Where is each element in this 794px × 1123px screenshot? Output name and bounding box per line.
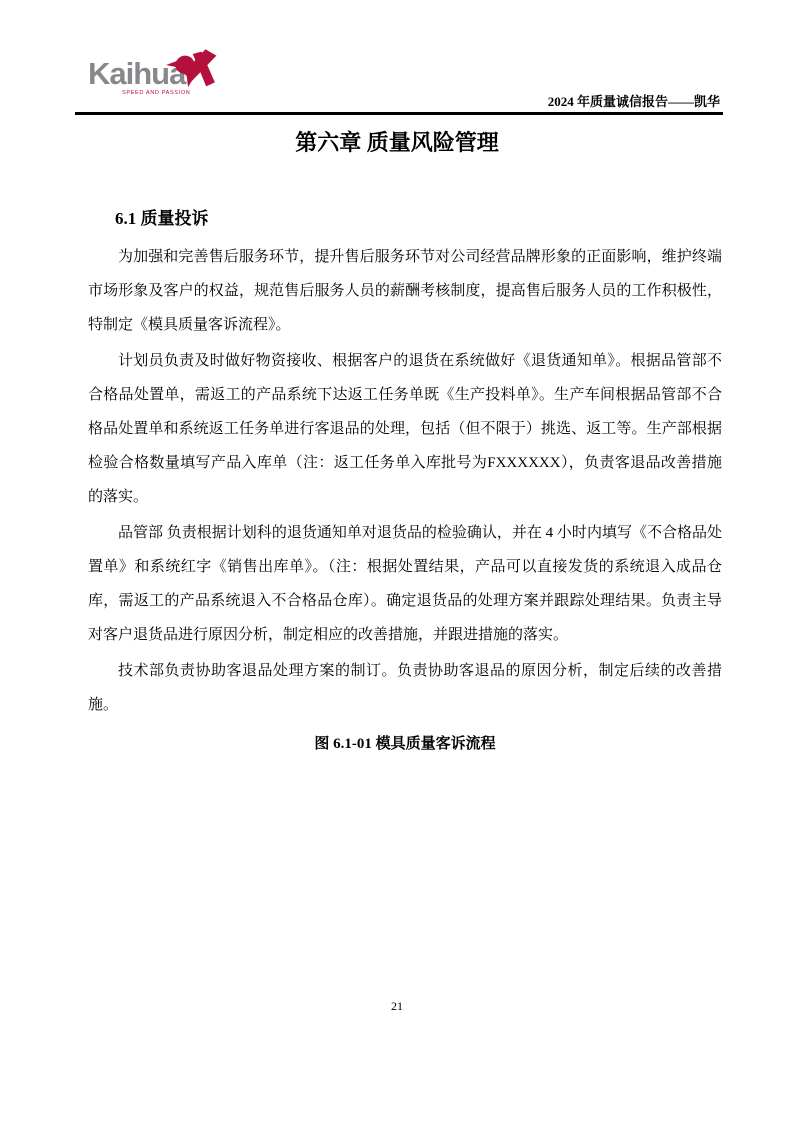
kaihua-logo: Kaihua SPEED AND PASSION — [88, 56, 218, 112]
figure-caption: 图 6.1-01 模具质量客诉流程 — [88, 727, 722, 761]
header-rule-divider — [75, 112, 723, 115]
kaihua-hummingbird-icon — [166, 46, 218, 92]
chapter-title: 第六章 质量风险管理 — [0, 126, 794, 157]
page-number: 21 — [0, 999, 794, 1014]
kaihua-logo-tagline: SPEED AND PASSION — [122, 89, 190, 95]
body-content: 为加强和完善售后服务环节，提升售后服务环节对公司经营品牌形象的正面影响，维护终端… — [88, 240, 722, 761]
paragraph-planner-duties: 计划员负责及时做好物资接收、根据客户的退货在系统做好《退货通知单》。根据品管部不… — [88, 344, 722, 514]
header-doc-title: 2024 年质量诚信报告——凯华 — [548, 91, 720, 110]
section-heading: 6.1 质量投诉 — [115, 204, 209, 229]
document-page: Kaihua SPEED AND PASSION 2024 年质量诚信报告——凯… — [0, 0, 794, 1123]
paragraph-intro: 为加强和完善售后服务环节，提升售后服务环节对公司经营品牌形象的正面影响，维护终端… — [88, 240, 722, 342]
paragraph-quality-dept-duties: 品管部 负责根据计划科的退货通知单对退货品的检验确认，并在 4 小时内填写《不合… — [88, 516, 722, 652]
paragraph-tech-dept-duties: 技术部负责协助客退品处理方案的制订。负责协助客退品的原因分析，制定后续的改善措施… — [88, 654, 722, 722]
